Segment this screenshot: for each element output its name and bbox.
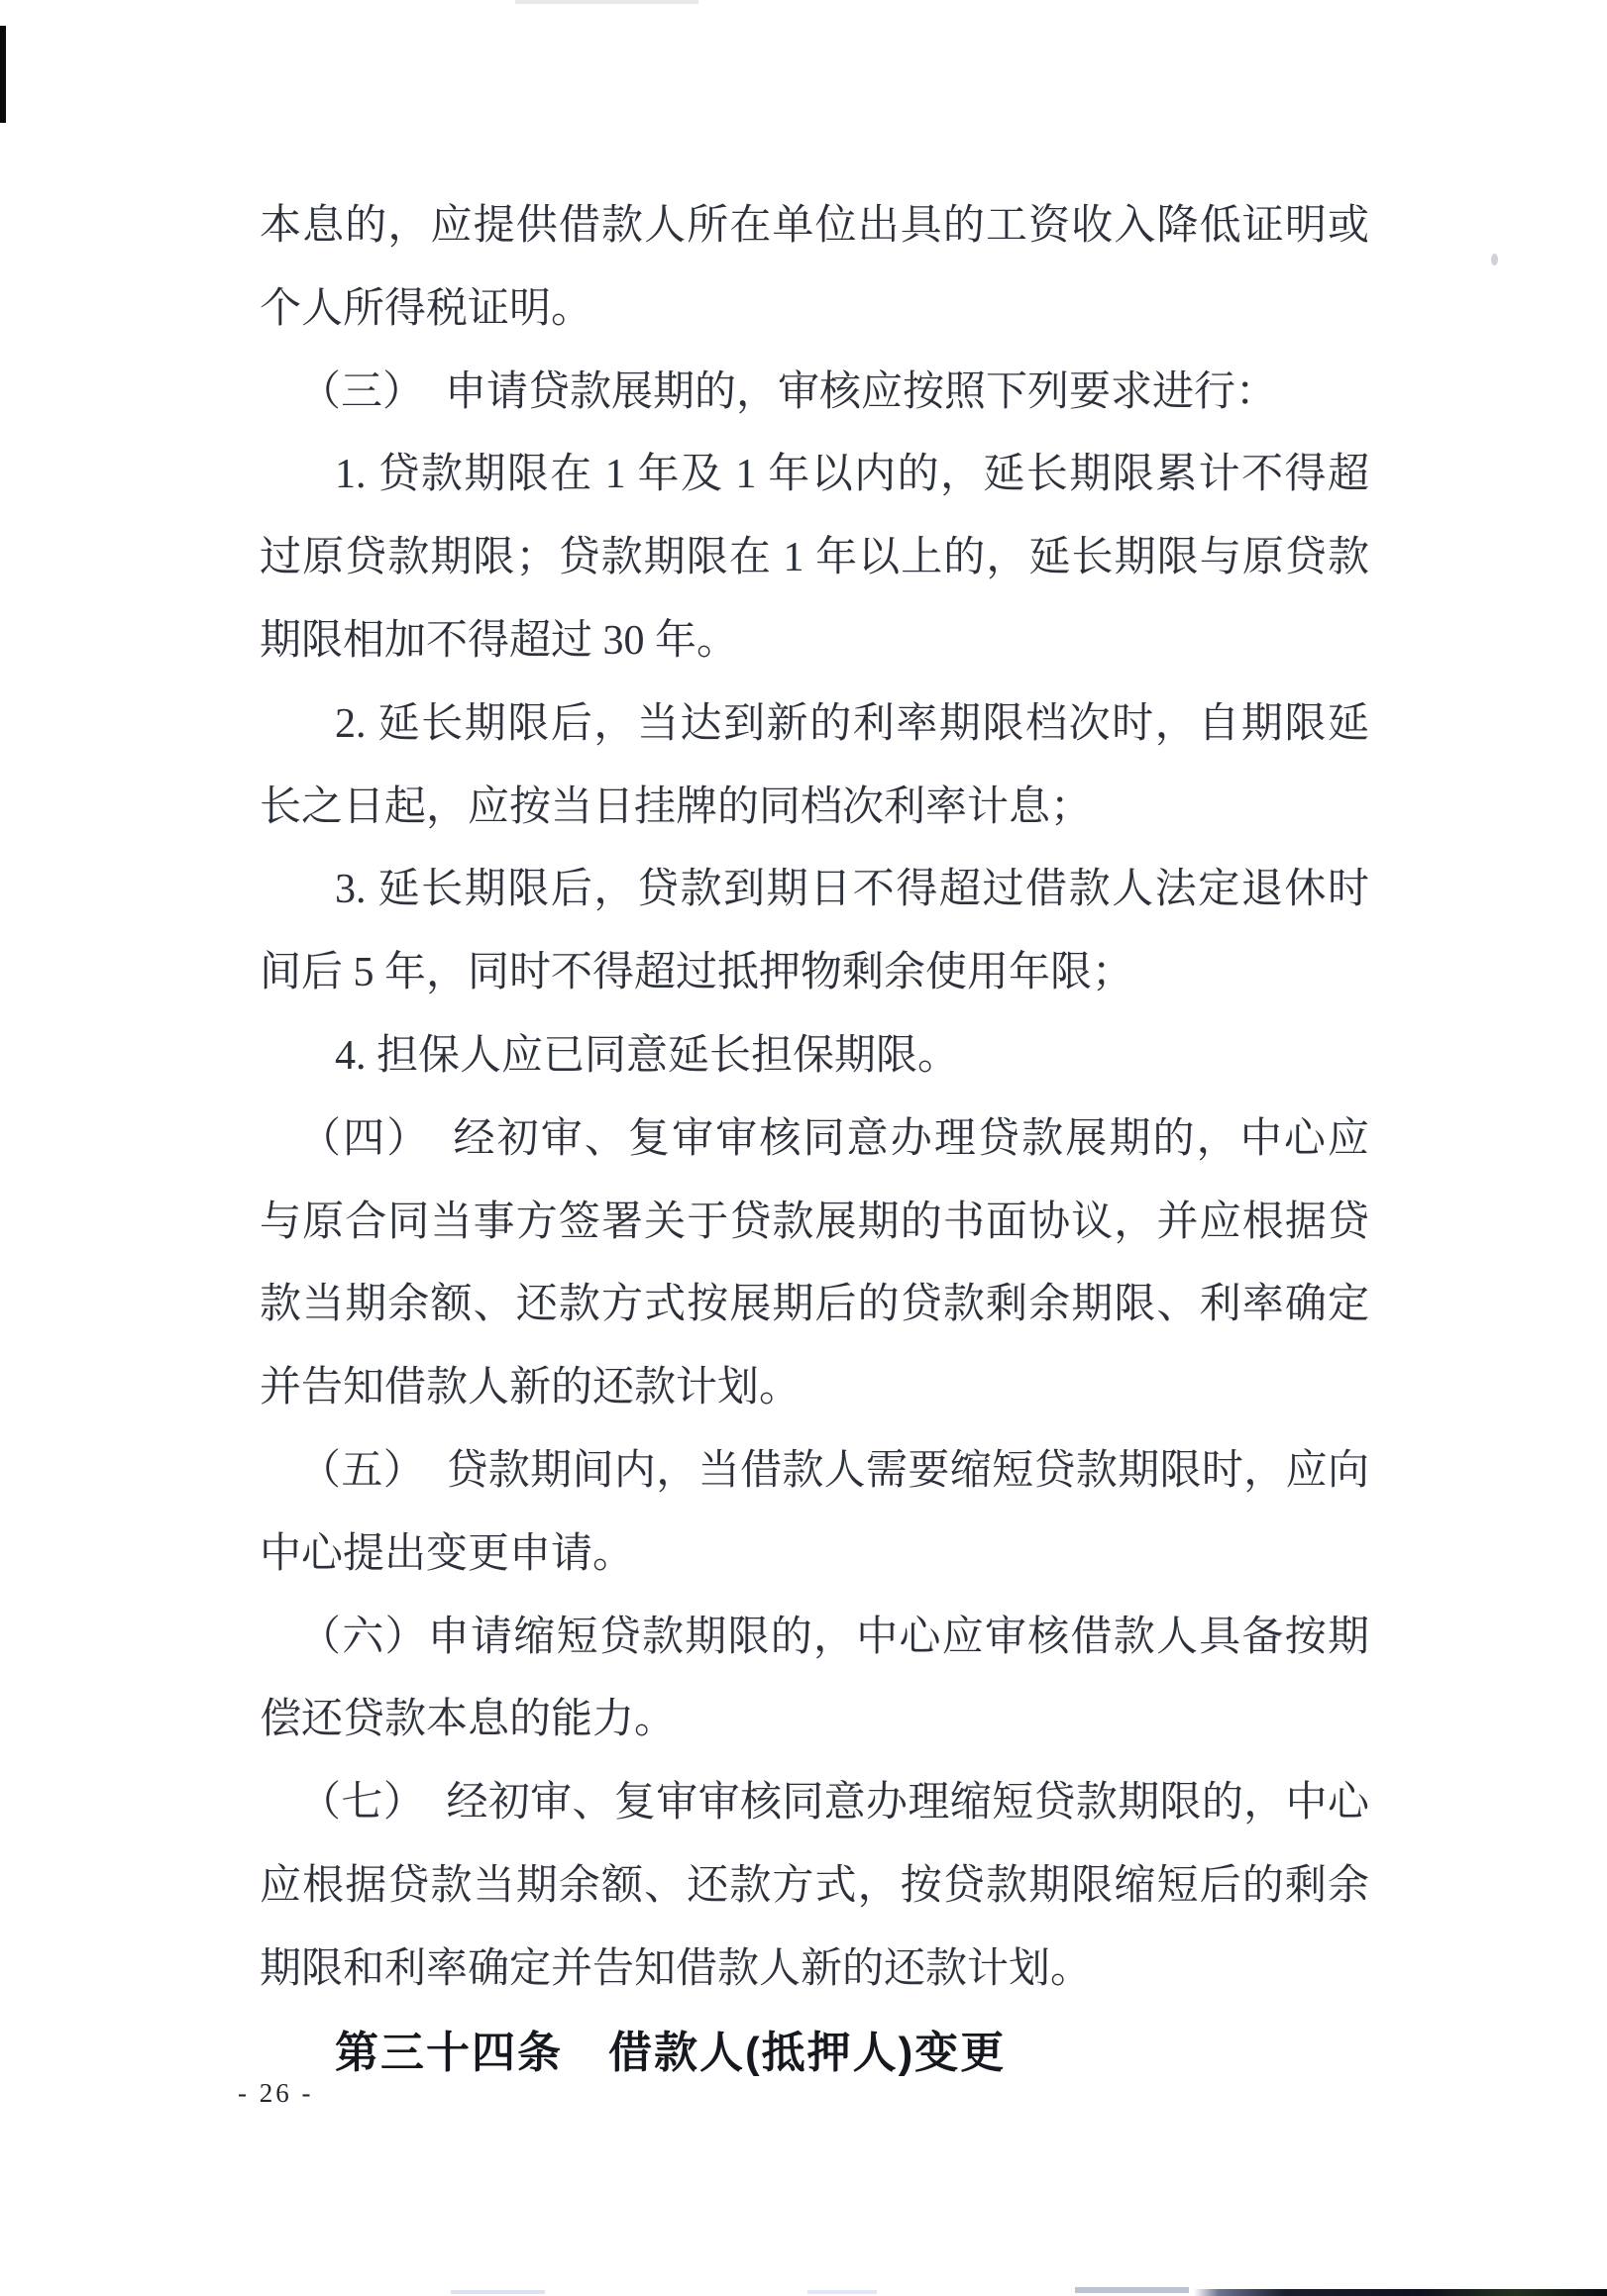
numbered-item-1: 1. 贷款期限在 1 年及 1 年以内的，延长期限累计不得超 — [260, 434, 1369, 517]
scan-artifact-smudge — [807, 2290, 877, 2294]
clause-6-line: （六）申请缩短贷款期限的，中心应审核借款人具备按期 — [260, 1597, 1369, 1680]
clause-7-line: （七） 经初审、复审审核同意办理缩短贷款期限的，中心 — [260, 1762, 1369, 1845]
text-line: 款当期余额、还款方式按展期后的贷款剩余期限、利率确定 — [260, 1264, 1369, 1347]
document-body: 本息的，应提供借款人所在单位出具的工资收入降低证明或 个人所得税证明。 （三） … — [260, 185, 1369, 2094]
clause-3-line: （三） 申请贷款展期的，审核应按照下列要求进行： — [260, 352, 1369, 435]
text-line: 偿还贷款本息的能力。 — [260, 1679, 1369, 1762]
clause-5-line: （五） 贷款期间内，当借款人需要缩短贷款期限时，应向 — [260, 1430, 1369, 1513]
text-line: 本息的，应提供借款人所在单位出具的工资收入降低证明或 — [260, 185, 1369, 268]
numbered-item-4: 4. 担保人应已同意延长担保期限。 — [260, 1015, 1369, 1098]
text-line: 应根据贷款当期余额、还款方式，按贷款期限缩短后的剩余 — [260, 1845, 1369, 1929]
scan-artifact-bottom-bar — [1194, 2289, 1607, 2296]
page-number: - 26 - — [238, 2078, 313, 2109]
numbered-item-3: 3. 延长期限后，贷款到期日不得超过借款人法定退休时 — [260, 849, 1369, 932]
scan-artifact-smudge — [1075, 2287, 1189, 2293]
text-line: 个人所得税证明。 — [260, 268, 1369, 352]
text-line: 期限相加不得超过 30 年。 — [260, 600, 1369, 683]
clause-4-line: （四） 经初审、复审审核同意办理贷款展期的，中心应 — [260, 1098, 1369, 1182]
scan-artifact-smudge — [451, 2290, 545, 2294]
text-line: 与原合同当事方签署关于贷款展期的书面协议，并应根据贷 — [260, 1182, 1369, 1265]
scanned-document-page: 本息的，应提供借款人所在单位出具的工资收入降低证明或 个人所得税证明。 （三） … — [0, 0, 1607, 2296]
scan-artifact-speck — [1491, 254, 1498, 265]
text-line: 长之日起，应按当日挂牌的同档次利率计息； — [260, 767, 1369, 850]
text-line: 间后 5 年，同时不得超过抵押物剩余使用年限； — [260, 932, 1369, 1015]
text-line: 过原贷款期限；贷款期限在 1 年以上的，延长期限与原贷款 — [260, 517, 1369, 600]
scan-artifact-left-bar — [0, 26, 6, 123]
article-34-heading: 第三十四条 借款人(抵押人)变更 — [260, 2012, 1369, 2095]
text-line: 中心提出变更申请。 — [260, 1513, 1369, 1597]
text-line: 期限和利率确定并告知借款人新的还款计划。 — [260, 1929, 1369, 2012]
scan-artifact-top-smudge — [515, 0, 698, 4]
numbered-item-2: 2. 延长期限后，当达到新的利率期限档次时，自期限延 — [260, 683, 1369, 767]
text-line: 并告知借款人新的还款计划。 — [260, 1347, 1369, 1430]
